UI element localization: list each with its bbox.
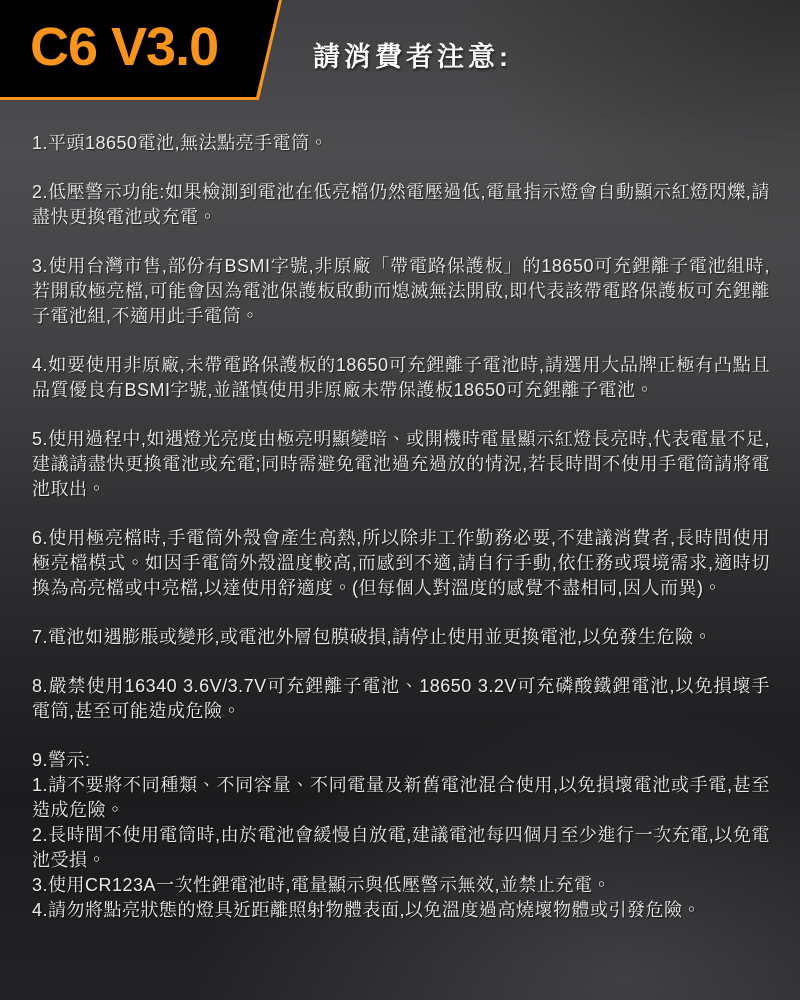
- product-badge: C6 V3.0: [0, 0, 279, 97]
- notice-title: 請消費者注意:: [313, 0, 512, 101]
- page-background: C6 V3.0 請消費者注意: 1.平頭18650電池,無法點亮手電筒。 2.低…: [0, 0, 800, 1000]
- warning-item-4: 4.請勿將點亮狀態的燈具近距離照射物體表面,以免溫度過高燒壞物體或引發危險。: [32, 898, 770, 923]
- notice-item-7: 7.電池如遇膨脹或變形,或電池外層包膜破損,請停止使用並更換電池,以免發生危險。: [32, 625, 770, 650]
- warning-item-3: 3.使用CR123A一次性鋰電池時,電量顯示與低壓警示無效,並禁止充電。: [32, 873, 770, 898]
- warning-item-2: 2.長時間不使用電筒時,由於電池會緩慢自放電,建議電池每四個月至少進行一次充電,…: [32, 823, 770, 873]
- warning-heading: 9.警示:: [32, 748, 770, 773]
- warning-item-1: 1.請不要將不同種類、不同容量、不同電量及新舊電池混合使用,以免損壞電池或手電,…: [32, 773, 770, 823]
- notice-item-5: 5.使用過程中,如遇燈光亮度由極亮明顯變暗、或開機時電量顯示紅燈長亮時,代表電量…: [32, 427, 770, 502]
- notice-list: 1.平頭18650電池,無法點亮手電筒。 2.低壓警示功能:如果檢測到電池在低亮…: [32, 131, 770, 923]
- notice-item-4: 4.如要使用非原廠,未帶電路保護板的18650可充鋰離子電池時,請選用大品牌正極…: [32, 353, 770, 403]
- notice-item-3: 3.使用台灣市售,部份有BSMI字號,非原廠「帶電路保護板」的18650可充鋰離…: [32, 254, 770, 329]
- notice-item-1: 1.平頭18650電池,無法點亮手電筒。: [32, 131, 770, 156]
- notice-item-6: 6.使用極亮檔時,手電筒外殼會產生高熱,所以除非工作勤務必要,不建議消費者,長時…: [32, 526, 770, 601]
- notice-item-2: 2.低壓警示功能:如果檢測到電池在低亮檔仍然電壓過低,電量指示燈會自動顯示紅燈閃…: [32, 180, 770, 230]
- warning-section: 9.警示: 1.請不要將不同種類、不同容量、不同電量及新舊電池混合使用,以免損壞…: [32, 748, 770, 923]
- product-name: C6 V3.0: [30, 20, 218, 74]
- notice-item-8: 8.嚴禁使用16340 3.6V/3.7V可充鋰離子電池、18650 3.2V可…: [32, 674, 770, 724]
- header: C6 V3.0 請消費者注意:: [0, 0, 800, 101]
